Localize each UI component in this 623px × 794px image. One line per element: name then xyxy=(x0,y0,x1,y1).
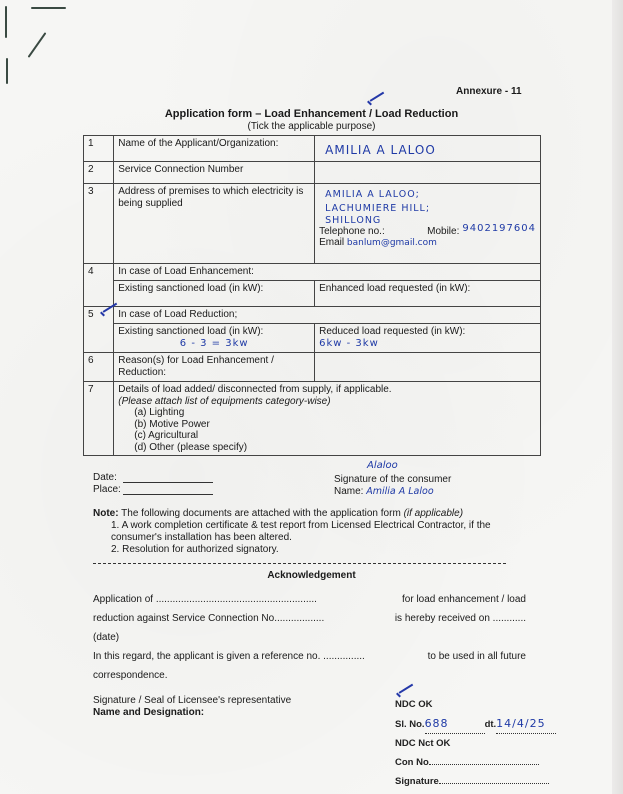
row-number: 6 xyxy=(84,353,114,382)
note-section: Note: The following documents are attach… xyxy=(93,508,533,556)
ack-text: for load enhancement / load xyxy=(402,590,526,609)
table-row: 3 Address of premises to which electrici… xyxy=(84,184,541,264)
signature-label: Signature of the consumer xyxy=(334,474,451,485)
mobile-value[interactable]: 9402197604 xyxy=(462,223,536,237)
ack-text: (date) xyxy=(93,628,526,647)
place-row: Place: xyxy=(93,484,213,495)
sl-no-row: Sl. No.688dt.14/4/25 xyxy=(395,714,556,734)
office-signature-field[interactable] xyxy=(439,773,549,784)
row-number: 3 xyxy=(84,184,114,264)
row-number: 4 xyxy=(84,264,114,307)
acknowledgement-body: Application of .........................… xyxy=(93,590,526,685)
annexure-label: Annexure - 11 xyxy=(456,86,522,97)
dt-label: dt. xyxy=(485,719,497,730)
note-text: The following documents are attached wit… xyxy=(121,508,401,519)
consumer-signature[interactable]: Alaloo xyxy=(367,460,398,471)
enhanced-load-field[interactable]: Enhanced load requested (in kW): xyxy=(315,281,541,307)
address-field[interactable]: AMILIA A LALOO; LACHUMIERE HILL; SHILLON… xyxy=(315,184,541,264)
place-label: Place: xyxy=(93,484,123,495)
dt-value[interactable]: 14/4/25 xyxy=(496,714,556,734)
load-reduction-text: In case of Load Reduction; xyxy=(118,309,237,320)
date-field[interactable] xyxy=(123,473,213,483)
ack-text: correspondence. xyxy=(93,666,526,685)
address-line: AMILIA A LALOO; xyxy=(325,188,536,202)
sl-no-value[interactable]: 688 xyxy=(425,714,485,734)
table-row: 1 Name of the Applicant/Organization: AM… xyxy=(84,136,541,162)
ndc-ok-label: NDC OK xyxy=(395,695,556,714)
reason-field[interactable] xyxy=(315,353,541,382)
existing-load-label: Existing sanctioned load (in kW): xyxy=(118,283,263,294)
note-item: 2. Resolution for authorized signatory. xyxy=(93,544,533,556)
note-label: Note: xyxy=(93,508,119,519)
reason-label: Reason(s) for Load Enhancement / Reducti… xyxy=(114,353,315,382)
application-table: 1 Name of the Applicant/Organization: AM… xyxy=(83,135,541,456)
note-item: 1. A work completion certificate & test … xyxy=(93,520,533,544)
applicant-name-label: Name of the Applicant/Organization: xyxy=(114,136,315,162)
checkmark-icon xyxy=(100,309,118,319)
office-use-stamp: NDC OK Sl. No.688dt.14/4/25 NDC Nct OK C… xyxy=(395,695,556,791)
category-item: (c) Agricultural xyxy=(118,430,536,442)
con-no-field[interactable] xyxy=(429,754,539,765)
table-row: 6 Reason(s) for Load Enhancement / Reduc… xyxy=(84,353,541,382)
row-number: 1 xyxy=(84,136,114,162)
table-row: 7 Details of load added/ disconnected fr… xyxy=(84,382,541,456)
acknowledgement-title: Acknowledgement xyxy=(0,570,623,581)
sl-no-label: Sl. No. xyxy=(395,719,425,730)
load-details-cell: Details of load added/ disconnected from… xyxy=(114,382,541,456)
email-label: Email xyxy=(319,237,344,248)
checkmark-icon xyxy=(367,98,385,108)
category-item: (d) Other (please specify) xyxy=(118,442,536,454)
load-details-label: Details of load added/ disconnected from… xyxy=(118,384,536,396)
con-no-label: Con No xyxy=(395,757,429,768)
category-item: (a) Lighting xyxy=(118,407,536,419)
signature-row: Signature xyxy=(395,772,556,791)
reduced-load-label: Reduced load requested (in kW): xyxy=(319,326,536,338)
note-italic: (if applicable) xyxy=(404,508,463,519)
licensee-name-label: Name and Designation: xyxy=(93,707,204,718)
licensee-signature-label: Signature / Seal of Licensee's represent… xyxy=(93,695,291,706)
ack-text: to be used in all future xyxy=(428,647,526,666)
margin-mark xyxy=(5,6,7,38)
existing-load-label: Existing sanctioned load (in kW): xyxy=(118,326,310,338)
email-value[interactable]: banlum@gmail.com xyxy=(347,238,437,248)
date-row: Date: xyxy=(93,472,213,483)
margin-mark xyxy=(31,7,66,9)
existing-load-field[interactable]: Existing sanctioned load (in kW): xyxy=(114,281,315,307)
form-subtitle: (Tick the applicable purpose) xyxy=(0,121,623,132)
category-item: (b) Motive Power xyxy=(118,419,536,431)
applicant-name-value: AMILIA A LALOO xyxy=(325,144,436,156)
enhanced-load-label: Enhanced load requested (in kW): xyxy=(319,283,470,294)
load-reduction-label[interactable]: In case of Load Reduction; xyxy=(114,307,541,324)
consumer-name-row: Name: Amilia A Laloo xyxy=(334,486,434,497)
consumer-name-label: Name: xyxy=(334,486,363,497)
address-line: LACHUMIERE HILL; xyxy=(325,202,536,216)
divider xyxy=(93,563,506,564)
table-row: 2 Service Connection Number xyxy=(84,162,541,184)
ack-text: is hereby received on ............ xyxy=(395,609,526,628)
table-row: Existing sanctioned load (in kW): Enhanc… xyxy=(84,281,541,307)
form-title: Application form – Load Enhancement / Lo… xyxy=(0,108,623,120)
service-connection-field[interactable] xyxy=(315,162,541,184)
table-row: 4 In case of Load Enhancement: xyxy=(84,264,541,281)
load-details-note: (Please attach list of equipments catego… xyxy=(118,396,536,408)
date-label: Date: xyxy=(93,472,123,483)
service-connection-label: Service Connection Number xyxy=(114,162,315,184)
ndc-not-ok-label: NDC Nct OK xyxy=(395,734,556,753)
reduced-load-field[interactable]: Reduced load requested (in kW): 6kw - 3k… xyxy=(315,324,541,353)
mobile-label: Mobile: xyxy=(427,226,459,237)
table-row: 5 In case of Load Reduction; xyxy=(84,307,541,324)
reduced-load-value: 6kw - 3kw xyxy=(319,338,536,350)
ack-text: In this regard, the applicant is given a… xyxy=(93,647,365,666)
consumer-name-value[interactable]: Amilia A Laloo xyxy=(366,486,433,497)
existing-load-value: 6 - 3 = 3kw xyxy=(118,338,310,350)
con-no-row: Con No xyxy=(395,753,556,772)
telephone-label: Telephone no.: xyxy=(319,226,427,237)
load-enhancement-label: In case of Load Enhancement: xyxy=(114,264,541,281)
place-field[interactable] xyxy=(123,485,213,495)
row-number: 2 xyxy=(84,162,114,184)
office-signature-label: Signature xyxy=(395,776,439,787)
ack-text: Application of .........................… xyxy=(93,590,317,609)
ack-text: reduction against Service Connection No.… xyxy=(93,609,324,628)
table-row: Existing sanctioned load (in kW): 6 - 3 … xyxy=(84,324,541,353)
existing-load-field[interactable]: Existing sanctioned load (in kW): 6 - 3 … xyxy=(114,324,315,353)
margin-mark xyxy=(6,58,8,84)
applicant-name-field[interactable]: AMILIA A LALOO xyxy=(315,136,541,162)
address-label: Address of premises to which electricity… xyxy=(114,184,315,264)
row-number: 7 xyxy=(84,382,114,456)
